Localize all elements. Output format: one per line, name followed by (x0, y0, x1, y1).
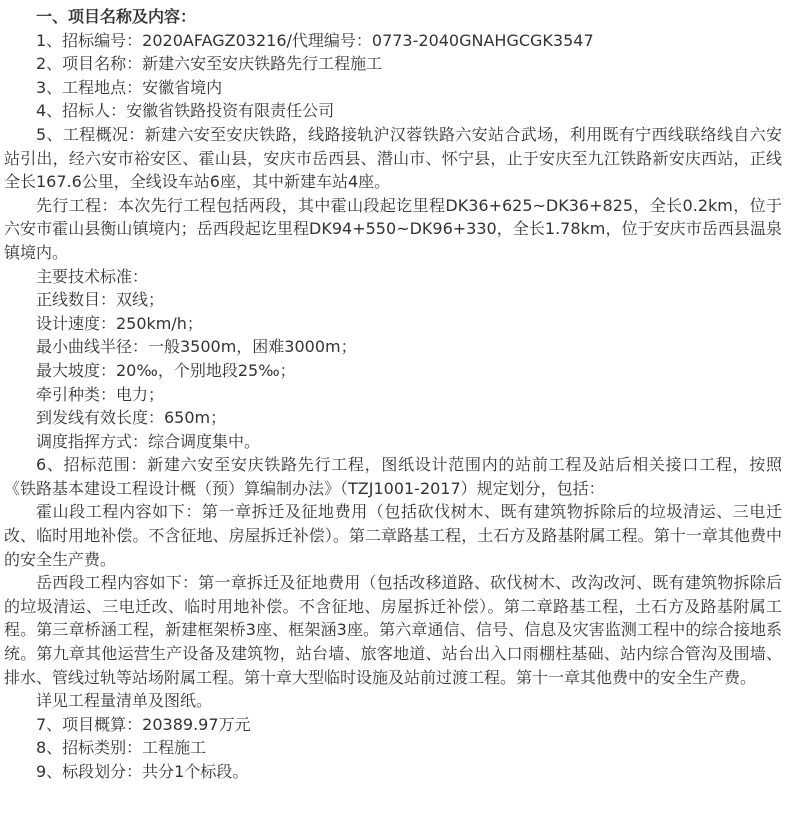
paragraph-main-track-count: 正线数目：双线； (4, 288, 782, 312)
paragraph-design-speed: 设计速度：250km/h； (4, 312, 782, 336)
paragraph-min-curve-radius: 最小曲线半径：一般3500m，困难3000m； (4, 335, 782, 359)
paragraph-lot-division: 9、标段划分：共分1个标段。 (4, 760, 782, 784)
paragraph-tenderee: 4、招标人：安徽省铁路投资有限责任公司 (4, 99, 782, 123)
paragraph-dispatch-mode: 调度指挥方式：综合调度集中。 (4, 430, 782, 454)
paragraph-see-boq-drawings: 详见工程量清单及图纸。 (4, 689, 782, 713)
paragraph-tech-standards-title: 主要技术标准： (4, 265, 782, 289)
paragraph-traction-type: 牵引种类：电力； (4, 383, 782, 407)
paragraph-effective-track-length: 到发线有效长度：650m； (4, 406, 782, 430)
paragraph-tender-scope: 6、招标范围：新建六安至安庆铁路先行工程，图纸设计范围内的站前工程及站后相关接口… (4, 453, 782, 500)
paragraph-advance-works: 先行工程：本次先行工程包括两段，其中霍山段起讫里程DK36+625~DK36+8… (4, 194, 782, 265)
section-heading: 一、项目名称及内容： (4, 5, 782, 29)
paragraph-tender-number: 1、招标编号：2020AFAGZ03216/代理编号：0773-2040GNAH… (4, 29, 782, 53)
paragraph-project-overview: 5、工程概况：新建六安至安庆铁路，线路接轨沪汉蓉铁路六安站合武场，利用既有宁西线… (4, 123, 782, 194)
paragraph-max-gradient: 最大坡度：20‰，个别地段25‰； (4, 359, 782, 383)
paragraph-tender-category: 8、招标类别：工程施工 (4, 736, 782, 760)
paragraph-yuexi-section-content: 岳西段工程内容如下：第一章拆迁及征地费用（包括改移道路、砍伐树木、改沟改河、既有… (4, 571, 782, 689)
paragraph-project-location: 3、工程地点：安徽省境内 (4, 76, 782, 100)
paragraph-project-name: 2、项目名称：新建六安至安庆铁路先行工程施工 (4, 52, 782, 76)
tender-document: 一、项目名称及内容： 1、招标编号：2020AFAGZ03216/代理编号：07… (0, 0, 788, 784)
paragraph-project-budget: 7、项目概算：20389.97万元 (4, 713, 782, 737)
paragraph-huoshan-section-content: 霍山段工程内容如下：第一章拆迁及征地费用（包括砍伐树木、既有建筑物拆除后的垃圾清… (4, 500, 782, 571)
